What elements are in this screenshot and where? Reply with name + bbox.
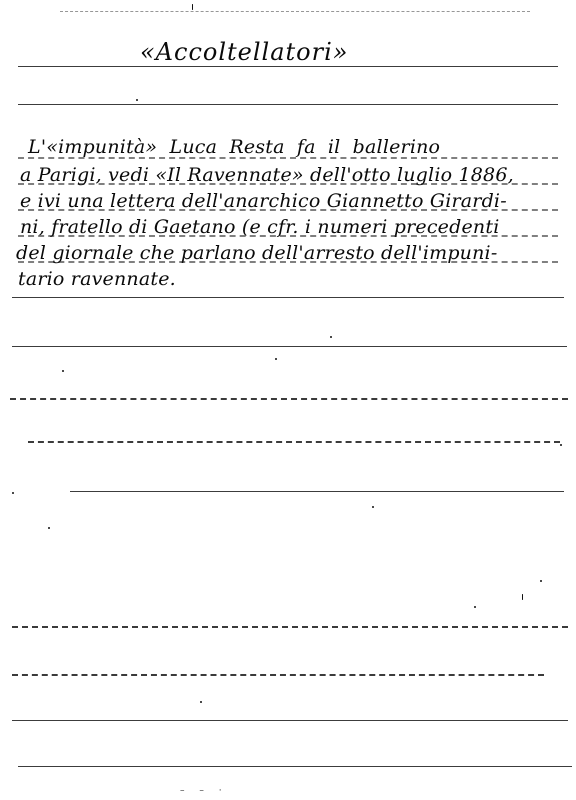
ruled-line <box>18 235 558 237</box>
ruled-line <box>10 398 568 400</box>
speck <box>192 4 193 10</box>
speck <box>136 99 138 101</box>
ruled-line <box>18 766 572 767</box>
ruled-line <box>60 11 530 12</box>
speck <box>12 492 14 494</box>
manuscript-page: «Accoltellatori» L'«impunità» Luca Resta… <box>0 0 576 800</box>
speck <box>522 594 523 600</box>
page-title: «Accoltellatori» <box>140 38 410 66</box>
body-line: tario ravennate. <box>18 268 176 290</box>
speck <box>372 506 374 508</box>
ruled-line <box>28 441 560 443</box>
speck <box>560 444 562 446</box>
ruled-line <box>18 104 558 105</box>
title-underline <box>18 66 558 67</box>
ruled-line <box>12 674 544 676</box>
speck <box>540 580 542 582</box>
speck <box>330 336 332 338</box>
ruled-line <box>12 720 568 721</box>
speck <box>275 358 277 360</box>
ruled-line <box>12 626 568 628</box>
ruled-line <box>18 183 558 185</box>
ruled-line <box>18 157 558 159</box>
body-line: L'«impunità» Luca Resta fa il ballerino <box>28 136 440 158</box>
speck <box>48 527 50 529</box>
ruled-line <box>70 491 564 492</box>
speck <box>62 370 64 372</box>
page-footer-marks: – – · <box>180 786 228 796</box>
ruled-line <box>12 297 564 298</box>
ruled-line <box>18 261 558 263</box>
ruled-line <box>12 346 567 347</box>
speck <box>474 606 476 608</box>
speck <box>200 701 202 703</box>
ruled-line <box>18 209 558 211</box>
